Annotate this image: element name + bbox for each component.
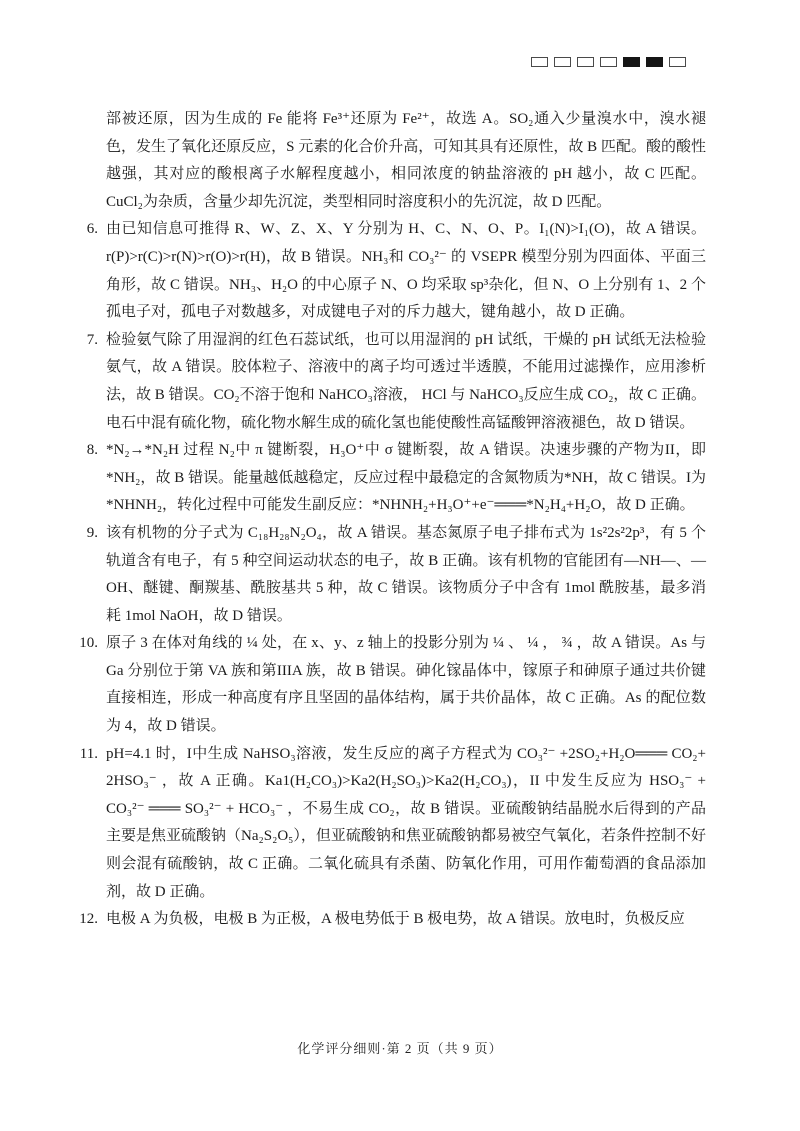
answer-item: 部被还原，因为生成的 Fe 能将 Fe³⁺还原为 Fe²⁺，故选 A。SO₂通入… bbox=[106, 106, 706, 216]
item-text: 该有机物的分子式为 C₁₈H₂₈N₂O₄，故 A 错误。基态氮原子电子排布式为 … bbox=[106, 525, 706, 624]
answer-list: 部被还原，因为生成的 Fe 能将 Fe³⁺还原为 Fe²⁺，故选 A。SO₂通入… bbox=[106, 106, 706, 934]
answer-item: 6.由已知信息可推得 R、W、Z、X、Y 分别为 H、C、N、O、P。I₁(N)… bbox=[106, 216, 706, 326]
page-footer: 化学评分细则·第 2 页（共 9 页） bbox=[0, 1038, 800, 1057]
item-number: 8. bbox=[87, 437, 106, 465]
item-text: 由已知信息可推得 R、W、Z、X、Y 分别为 H、C、N、O、P。I₁(N)>I… bbox=[106, 221, 706, 320]
answer-item: 10.原子 3 在体对角线的 ¼ 处，在 x、y、z 轴上的投影分别为 ¼ 、 … bbox=[106, 630, 706, 740]
filled-mark-box bbox=[623, 57, 640, 67]
answer-item: 7.检验氨气除了用湿润的红色石蕊试纸，也可以用湿润的 pH 试纸，干燥的 pH … bbox=[106, 327, 706, 437]
answer-item: 8.*N₂→*N₂H 过程 N₂中 π 键断裂，H₃O⁺中 σ 键断裂，故 A … bbox=[106, 437, 706, 520]
answer-item: 9.该有机物的分子式为 C₁₈H₂₈N₂O₄，故 A 错误。基态氮原子电子排布式… bbox=[106, 520, 706, 630]
registration-marks bbox=[531, 57, 686, 67]
item-text: 原子 3 在体对角线的 ¼ 处，在 x、y、z 轴上的投影分别为 ¼ 、 ¼ ，… bbox=[106, 635, 706, 734]
item-number: 9. bbox=[87, 520, 106, 548]
item-text: *N₂→*N₂H 过程 N₂中 π 键断裂，H₃O⁺中 σ 键断裂，故 A 错误… bbox=[106, 442, 706, 513]
scanned-answer-key-page: { "marks": { "pattern": ["empty", "empty… bbox=[0, 0, 800, 1131]
empty-mark-box bbox=[600, 57, 617, 67]
item-number: 10. bbox=[79, 630, 106, 658]
item-number: 7. bbox=[87, 327, 106, 355]
item-text: pH=4.1 时，I中生成 NaHSO₃溶液，发生反应的离子方程式为 CO₃²⁻… bbox=[106, 746, 706, 900]
item-text: 部被还原，因为生成的 Fe 能将 Fe³⁺还原为 Fe²⁺，故选 A。SO₂通入… bbox=[106, 111, 706, 210]
empty-mark-box bbox=[554, 57, 571, 67]
empty-mark-box bbox=[669, 57, 686, 67]
item-text: 电极 A 为负极，电极 B 为正极，A 极电势低于 B 极电势，故 A 错误。放… bbox=[106, 911, 685, 927]
item-text: 检验氨气除了用湿润的红色石蕊试纸，也可以用湿润的 pH 试纸，干燥的 pH 试纸… bbox=[106, 332, 706, 431]
empty-mark-box bbox=[531, 57, 548, 67]
filled-mark-box bbox=[646, 57, 663, 67]
empty-mark-box bbox=[577, 57, 594, 67]
item-number: 12. bbox=[79, 906, 106, 934]
answer-item: 12.电极 A 为负极，电极 B 为正极，A 极电势低于 B 极电势，故 A 错… bbox=[106, 906, 706, 934]
item-number: 11. bbox=[80, 741, 106, 769]
answer-item: 11.pH=4.1 时，I中生成 NaHSO₃溶液，发生反应的离子方程式为 CO… bbox=[106, 741, 706, 907]
item-number: 6. bbox=[87, 216, 106, 244]
